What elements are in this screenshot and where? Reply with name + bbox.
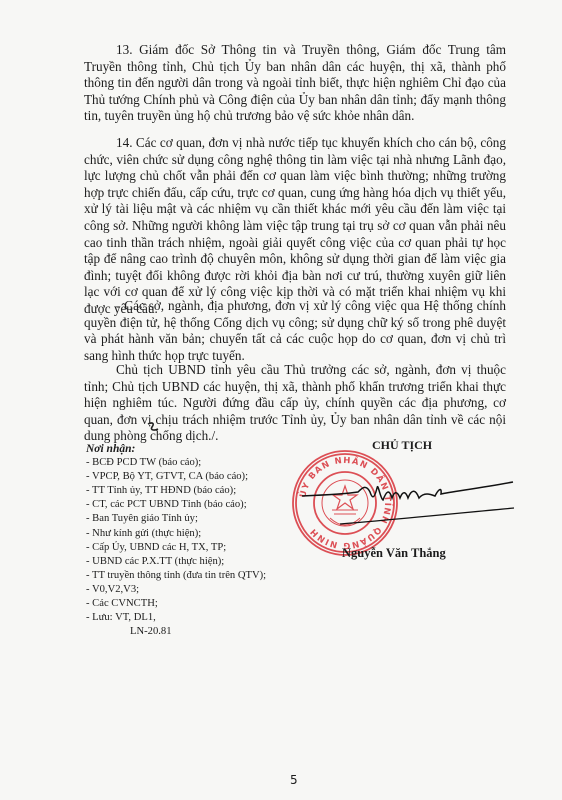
recipient-item: - Lưu: VT, DL1, — [86, 611, 266, 625]
recipient-item: - Cấp Ủy, UBND các H, TX, TP; — [86, 541, 266, 555]
page-number: 5 — [290, 773, 298, 787]
recipient-item: - VPCP, Bộ YT, GTVT, CA (báo cáo); — [86, 470, 266, 484]
recipient-item: - TT Tỉnh ủy, TT HĐND (báo cáo); — [86, 484, 266, 498]
initial-mark-icon — [146, 420, 160, 434]
paragraph-13: 13. Giám đốc Sở Thông tin và Truyền thôn… — [84, 42, 506, 125]
recipient-item: - V0,V2,V3; — [86, 583, 266, 597]
recipient-item: - TT truyền thông tỉnh (đưa tin trên QTV… — [86, 569, 266, 583]
recipients-block: Nơi nhận: - BCĐ PCD TW (báo cáo);- VPCP,… — [86, 442, 266, 639]
paragraph-dash-text: - Các sở, ngành, địa phương, đơn vị xử l… — [84, 298, 506, 364]
recipient-item: - Ban Tuyên giáo Tỉnh ủy; — [86, 512, 266, 526]
paragraph-14-text: 14. Các cơ quan, đơn vị nhà nước tiếp tụ… — [84, 135, 506, 318]
recipient-item: - Các CVNCTH; — [86, 597, 266, 611]
paragraph-dash: - Các sở, ngành, địa phương, đơn vị xử l… — [84, 298, 506, 364]
recipients-list: - BCĐ PCD TW (báo cáo);- VPCP, Bộ YT, GT… — [86, 456, 266, 625]
signature-icon — [300, 478, 515, 528]
recipient-item: - Như kính gửi (thực hiện); — [86, 527, 266, 541]
document-code: LN-20.81 — [86, 625, 266, 639]
paragraph-14: 14. Các cơ quan, đơn vị nhà nước tiếp tụ… — [84, 135, 506, 318]
paragraph-13-text: 13. Giám đốc Sở Thông tin và Truyền thôn… — [84, 42, 506, 125]
recipient-item: - CT, các PCT UBND Tỉnh (báo cáo); — [86, 498, 266, 512]
signer-name: Nguyễn Văn Thắng — [342, 546, 446, 561]
recipient-item: - UBND các P.X.TT (thực hiện); — [86, 555, 266, 569]
recipients-title: Nơi nhận: — [86, 442, 266, 456]
recipient-item: - BCĐ PCD TW (báo cáo); — [86, 456, 266, 470]
document-page: 13. Giám đốc Sở Thông tin và Truyền thôn… — [0, 0, 562, 800]
